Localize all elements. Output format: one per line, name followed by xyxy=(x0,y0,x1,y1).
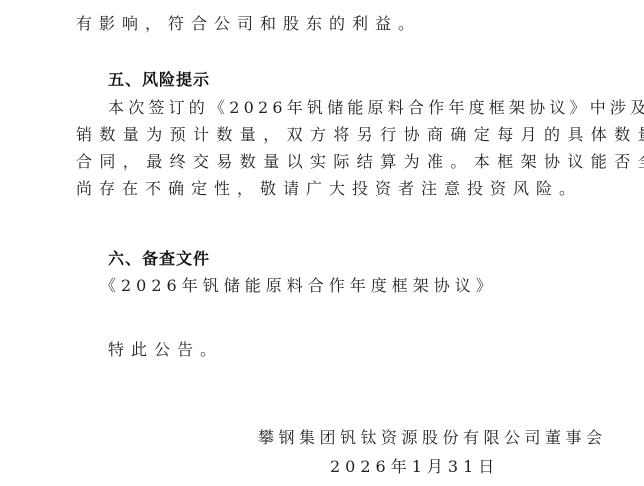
paragraph-line: 有影响，符合公司和股东的利益。 xyxy=(76,14,421,34)
signature-company: 攀钢集团钒钛资源股份有限公司董事会 xyxy=(258,428,607,448)
closing-text: 特此公告。 xyxy=(108,340,223,360)
reference-document: 《2026年钒储能原料合作年度框架协议》 xyxy=(100,276,497,296)
paragraph-line: 本次签订的《2026年钒储能原料合作年度框架协议》中涉及的购 xyxy=(108,98,644,118)
paragraph-line: 销数量为预计数量，双方将另行协商确定每月的具体数量并签订月度 xyxy=(76,125,644,145)
paragraph-line: 合同，最终交易数量以实际结算为准。本框架协议能否全部得以执行 xyxy=(76,152,644,172)
section-heading-risk: 五、风险提示 xyxy=(108,70,210,90)
signature-date: 2026年1月31日 xyxy=(330,457,499,477)
paragraph-line: 尚存在不确定性，敬请广大投资者注意投资风险。 xyxy=(76,179,582,199)
section-heading-documents: 六、备查文件 xyxy=(108,249,210,269)
